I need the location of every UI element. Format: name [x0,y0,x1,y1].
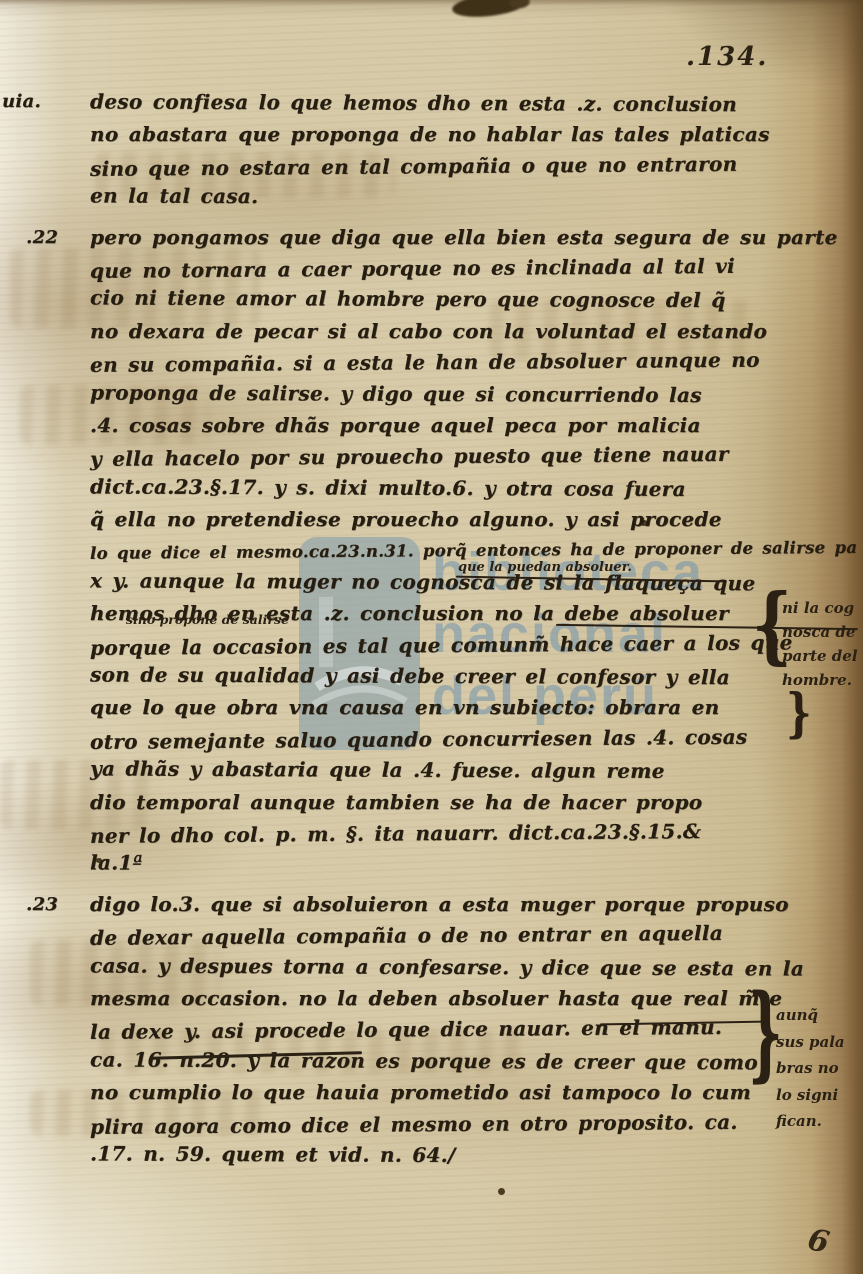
margin-note-line: lo signi [776,1082,845,1109]
manuscript-line: en la tal casa. [90,181,820,216]
line-text: no abastara que proponga de no hablar la… [90,122,770,146]
line-text: digo lo.3. que si absoluieron a esta mug… [90,892,789,916]
margin-note-line: aunq̃ [776,1002,845,1029]
line-text: y ella hacelo por su prouecho puesto que… [90,442,729,471]
manuscript-line: son de su qualidad y asi debe creer el c… [90,659,820,694]
manuscript-line: ya dhãs y abastaria que la .4. fuese. al… [90,754,820,789]
line-text: deso confiesa lo que hemos dho en esta .… [90,89,737,116]
manuscript-line: dict.ca.23.§.17. y s. dixi multo.6. y ot… [90,471,820,506]
line-text: son de su qualidad y asi debe creer el c… [90,662,730,689]
line-text: de dexar aquella compañia o de no entrar… [90,921,723,950]
line-text: ca. 16. n.20. y la razon es porque es de… [90,1047,758,1074]
manuscript-line: que lo que obra vna causa en vn subiecto… [90,692,820,723]
line-text: dict.ca.23.§.17. y s. dixi multo.6. y ot… [90,474,686,501]
manuscript-line: dio temporal aunque tambien se ha de hac… [90,787,820,818]
margin-note: aunq̃ sus pala bras no lo signi fican. [776,1002,845,1135]
line-text: que no tornara a caer porque no es incli… [90,254,735,283]
manuscript-line: la.1ª [90,848,820,883]
manuscript-line: ca. 16. n.20. y la razon es porque es de… [90,1044,820,1079]
manuscript-line: no abastara que proponga de no hablar la… [90,119,820,150]
line-text: cio ni tiene amor al hombre pero que cog… [90,286,726,313]
line-text: otro semejante saluo quando concurriesen… [90,725,748,754]
manuscript-line: y ella hacelo por su prouecho puesto que… [90,438,820,475]
manuscript-line: .23digo lo.3. que si absoluieron a esta … [90,889,820,920]
manuscript-line: ner lo dho col. p. m. §. ita nauarr. dic… [90,815,820,852]
line-text: la dexe y. asi procede lo que dice nauar… [90,1015,722,1044]
manuscript-line: que no tornara a caer porque no es incli… [90,250,820,287]
interlinear-note: que la puedan absoluer. [458,560,632,575]
manuscript-line: porque la occasion es tal que comunm̃ ha… [90,627,820,664]
manuscript-line: x y. aunque la muger no cognosca de si l… [90,565,820,600]
manuscript-line: .17. n. 59. quem et vid. n. 64./ [90,1138,820,1173]
manuscript-line: q̃ ella no pretendiese prouecho alguno. … [90,504,820,535]
manuscript-line: de dexar aquella compañia o de no entrar… [90,917,820,954]
interlinear-note: sino propone de salirse [126,612,289,627]
line-text: .17. n. 59. quem et vid. n. 64./ [90,1141,456,1167]
manuscript-line: proponga de salirse. y digo que si concu… [90,377,820,412]
folio-number: .134. [686,42,768,72]
line-text: dio temporal aunque tambien se ha de hac… [90,790,702,814]
paragraph-number: .22 [26,222,58,253]
line-text: casa. y despues torna a confesarse. y di… [90,953,804,980]
line-text: en la tal casa. [90,184,258,209]
margin-note-line: parte del [782,644,858,668]
line-text: pero pongamos que diga que ella bien est… [90,225,838,249]
corner-flourish-mark: 6 [805,1222,833,1261]
line-text: porque la occasion es tal que comunm̃ ha… [90,630,793,660]
manuscript-line: .4. cosas sobre dhãs porque aquel peca p… [90,410,820,441]
line-text: ner lo dho col. p. m. §. ita nauarr. dic… [90,819,701,848]
manuscript-line: no cumplio lo que hauia prometido asi ta… [90,1077,820,1108]
line-text: x y. aunque la muger no cognosca de si l… [90,568,755,595]
line-text: plira agora como dice el mesmo en otro p… [90,1109,738,1138]
manuscript-line: cio ni tiene amor al hombre pero que cog… [90,283,820,318]
text-brace: } [786,683,812,744]
manuscript-line: plira agora como dice el mesmo en otro p… [90,1106,820,1143]
margin-note-line: bras no [776,1055,845,1082]
line-text: .4. cosas sobre dhãs porque aquel peca p… [90,413,701,437]
line-text: no dexara de pecar si al cabo con la vol… [90,319,767,343]
manuscript-line: en su compañia. si a esta le han de abso… [90,344,820,381]
ink-spot [498,1188,505,1195]
manuscript-text-block: uia.deso confiesa lo que hemos dho en es… [90,88,820,1171]
manuscript-line: sino que no estara en tal compañia o que… [90,148,820,185]
margin-note-line: sus pala [776,1029,845,1056]
manuscript-line: uia.deso confiesa lo que hemos dho en es… [90,86,820,121]
line-text: no cumplio lo que hauia prometido asi ta… [90,1080,751,1104]
manuscript-line: casa. y despues torna a confesarse. y di… [90,950,820,985]
manuscript-line: otro semejante saluo quando concurriesen… [90,721,820,758]
line-text: q̃ ella no pretendiese prouecho alguno. … [90,507,722,531]
margin-note-line: ni la cog [782,596,858,620]
line-text: mesma occasion. no la deben absoluer has… [90,986,782,1010]
manuscript-line: mesma occasion. no la deben absoluer has… [90,983,820,1014]
line-text: ya dhãs y abastaria que la .4. fuese. al… [90,757,665,784]
line-text: en su compañia. si a esta le han de abso… [90,348,760,377]
margin-note: ni la cog nosca de parte del hombre. [782,596,858,692]
line-text: proponga de salirse. y digo que si concu… [90,380,702,407]
catchword: uia. [2,86,41,118]
manuscript-line: no dexara de pecar si al cabo con la vol… [90,316,820,347]
line-text: la.1ª [90,851,143,875]
ink-blot-stain [451,0,529,21]
line-text: que lo que obra vna causa en vn subiecto… [90,695,719,719]
manuscript-line: lo que dice el mesmo.ca.23.n.31. porq̃ e… [90,533,820,570]
margin-note-line: nosca de [782,620,858,644]
margin-note-line: fican. [776,1108,845,1135]
line-text: sino que no estara en tal compañia o que… [90,152,738,181]
manuscript-line: la dexe y. asi procede lo que dice nauar… [90,1011,820,1048]
manuscript-page: biblioteca nacional del perú .134. uia.d… [0,0,863,1274]
paragraph-number: .23 [26,889,58,920]
manuscript-line: .22pero pongamos que diga que ella bien … [90,222,820,253]
